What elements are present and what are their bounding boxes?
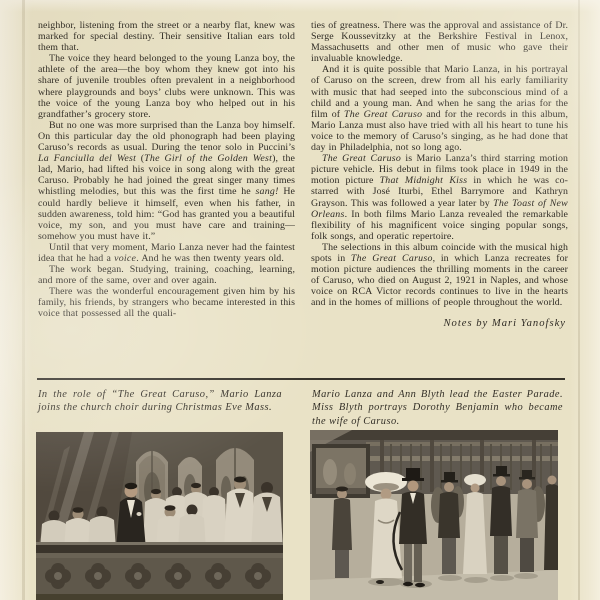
column-right-paragraphs: ties of greatness. There was the approva… — [311, 20, 568, 308]
section-rule — [37, 378, 565, 380]
article-column-right: ties of greatness. There was the approva… — [311, 20, 568, 329]
paragraph: The voice they heard belonged to the you… — [38, 53, 295, 120]
choir-photo — [36, 432, 283, 600]
photo-caption-left: In the role of “The Great Caruso,” Mario… — [38, 388, 282, 415]
paper-edge-left — [0, 0, 32, 600]
paragraph: ties of greatness. There was the approva… — [311, 20, 568, 64]
paper-crease-right — [578, 0, 580, 600]
liner-notes-page: neighbor, listening from the street or a… — [0, 0, 600, 600]
paragraph: And it is quite possible that Mario Lanz… — [311, 64, 568, 153]
paragraph: The work began. Studying, training, coac… — [38, 264, 295, 286]
paragraph: The selections in this album coincide wi… — [311, 242, 568, 309]
paragraph: neighbor, listening from the street or a… — [38, 20, 295, 53]
paper-edge-right — [570, 0, 600, 600]
choir-photo-illustration — [36, 432, 283, 600]
article: neighbor, listening from the street or a… — [38, 20, 568, 329]
byline: Notes by Mari Yanofsky — [311, 318, 568, 329]
paragraph: But no one was more surprised than the L… — [38, 120, 295, 242]
paragraph: The Great Caruso is Mario Lanza’s third … — [311, 153, 568, 242]
paragraph: Until that very moment, Mario Lanza neve… — [38, 242, 295, 264]
paper-edge-top — [0, 0, 600, 12]
photo-caption-right: Mario Lanza and Ann Blyth lead the Easte… — [312, 388, 563, 428]
parade-photo-illustration — [310, 430, 558, 600]
parade-photo — [310, 430, 558, 600]
paragraph: There was the wonderful encouragement gi… — [38, 286, 295, 319]
article-column-left: neighbor, listening from the street or a… — [38, 20, 295, 329]
paper-crease-left — [22, 0, 25, 600]
